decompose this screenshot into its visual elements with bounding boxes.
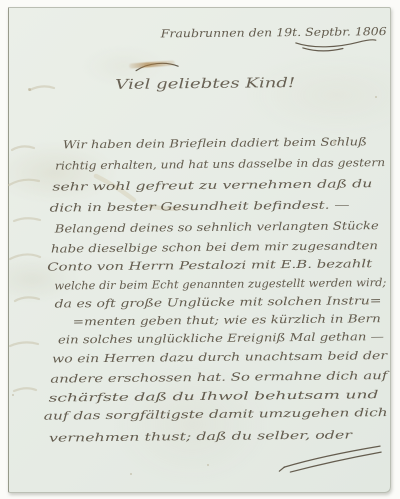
body-line: schärfste daß du Ihwol behutsam und [48, 388, 378, 404]
ghost-mark [10, 342, 38, 346]
body-line: ein solches unglückliche Ereigniß Mal ge… [58, 330, 384, 346]
body-line: =menten geben thut; wie es kürzlich in B… [73, 312, 381, 328]
body-line: vernehmen thust; daß du selber, oder [49, 428, 353, 444]
ghost-mark [12, 146, 34, 150]
body-line: Belangend deines so sehnlich verlangten … [54, 219, 380, 235]
foxing-spot [28, 88, 31, 91]
scan-background: Fraubrunnen den 19t. Septbr. 1806 Viel g… [0, 0, 400, 499]
ghost-mark [15, 297, 39, 301]
body-line: Wir haben dein Brieflein dadiert beim Sc… [63, 135, 367, 151]
ghost-mark [10, 254, 40, 259]
foxing-spot [207, 464, 209, 466]
foxing-spot [12, 394, 14, 396]
body-line: welche dir beim Echt genannten zugestell… [54, 276, 386, 292]
date-underline-flourish [303, 47, 343, 51]
body-line: da es oft große Unglücke mit solchen Ins… [54, 294, 381, 310]
closing-flourish [279, 467, 284, 471]
ink-layer: Fraubrunnen den 19t. Septbr. 1806 Viel g… [40, 25, 392, 475]
dateline: Fraubrunnen den 19t. Septbr. 1806 [160, 25, 387, 40]
body-line: wo ein Herren dazu durch unachtsam beid … [52, 349, 388, 366]
body-line: auf das sorgfältigste damit umzugehen di… [44, 406, 388, 423]
ghost-mark [14, 218, 40, 221]
body-line: richtig erhalten, und hat uns dasselbe i… [55, 156, 385, 172]
foxing-spot [130, 473, 132, 475]
body-line: andere erschossen hat. So ermahne dich a… [50, 369, 390, 386]
salutation: Viel geliebtes Kind! [115, 75, 295, 93]
ghost-mark [9, 180, 39, 185]
ghost-mark [14, 388, 36, 391]
handwriting-layer: Fraubrunnen den 19t. Septbr. 1806 Viel g… [0, 0, 400, 499]
body-line: dich in bester Gesundheit befindest. — [49, 198, 349, 214]
closing-flourish [284, 446, 380, 467]
date-underline-flourish [296, 40, 376, 47]
foxing-spot [375, 96, 377, 98]
body-line: Conto von Herrn Pestalozi mit E.B. bezah… [47, 257, 373, 273]
body-line: habe dieselbige schon bei dem mir zugesa… [51, 239, 378, 255]
ghost-mark [30, 86, 54, 90]
body-line: sehr wohl gefreut zu vernehmen daß du [52, 177, 372, 193]
foxing-spot [367, 302, 369, 304]
foxing-spot [333, 141, 336, 144]
